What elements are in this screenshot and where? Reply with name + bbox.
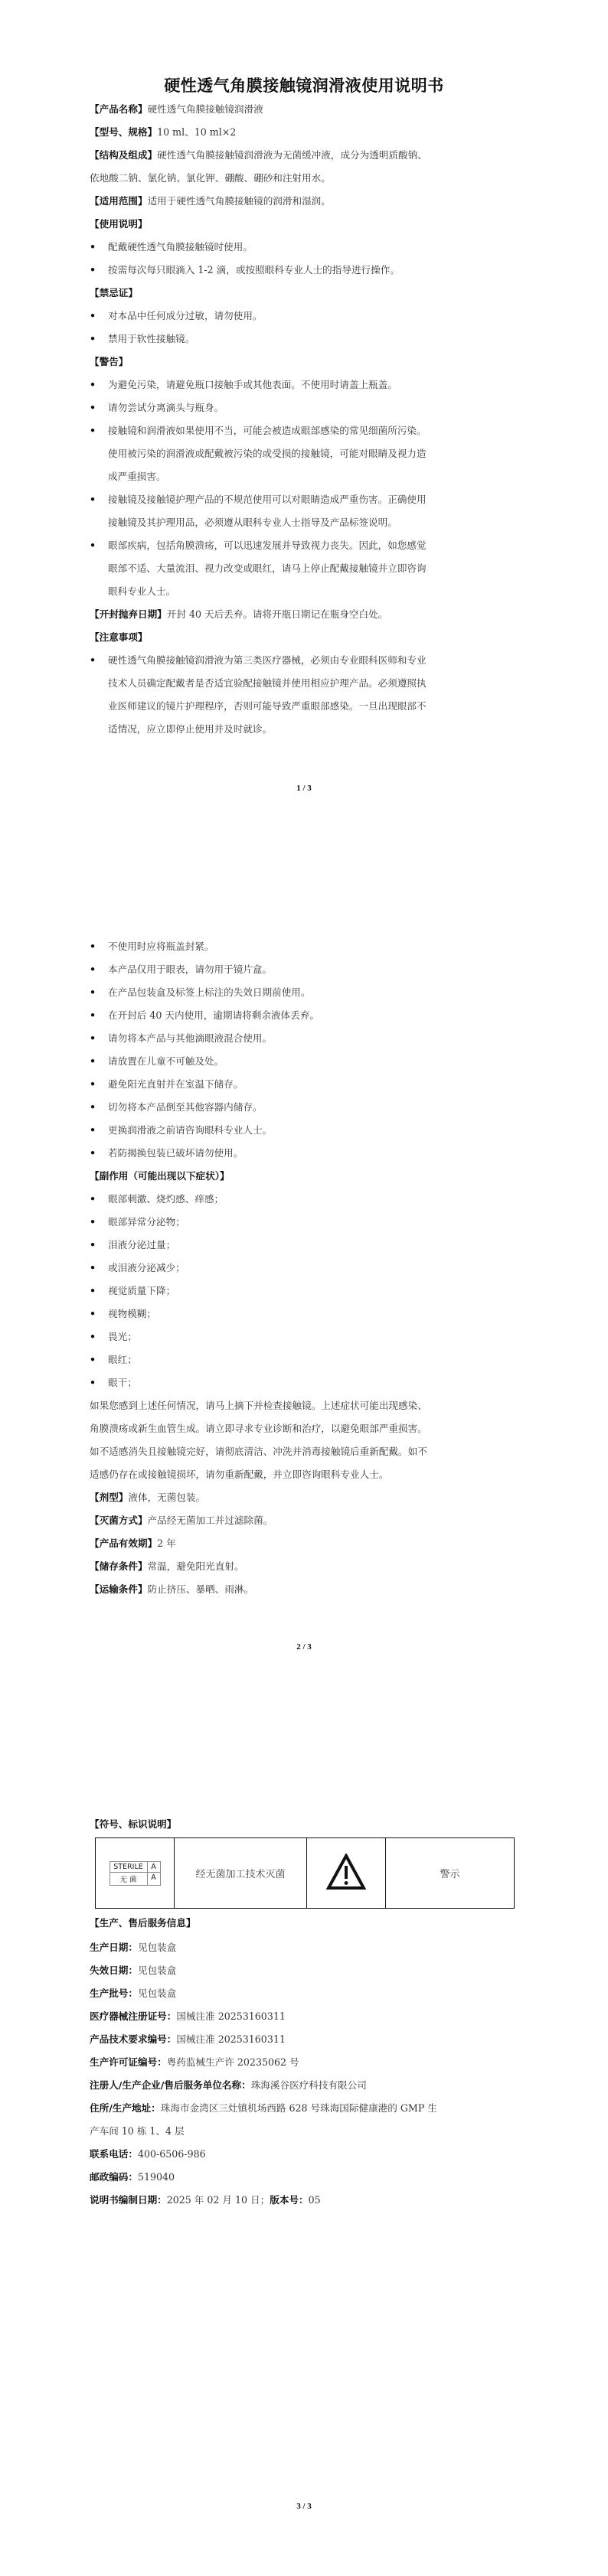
list-item: •泪液分泌过量； [90,1234,538,1257]
bullet-icon: • [90,1004,100,1027]
list-item-continuation: 眼部不适、大量流泪、视力改变或眼红，请马上停止配戴接触镜并立即咨询 [90,557,538,580]
registration-number-row: 医疗器械注册证号：国械注准 20253160311 [90,2005,538,2028]
list-item: •配戴硬性透气角膜接触镜时使用。 [90,236,538,259]
sterile-symbol-cell: STERILEA 无 菌A [96,1838,175,1909]
list-item: •不使用时应将瓶盖封紧。 [90,935,538,958]
list-item-continuation: 业医师建议的镜片护理程序，否则可能导致严重眼部感染。一旦出现眼部不 [90,695,538,718]
side-effects-note: 如果您感到上述任何情况，请马上摘下并检查接触镜。上述症状可能出现感染、 [90,1394,538,1417]
phone-row: 联系电话：400-6506-986 [90,2143,538,2166]
contraindications-heading: 【禁忌证】 [90,282,538,305]
postcode-row: 邮政编码：519040 [90,2166,538,2189]
dosage-form-label: 【剂型】 [90,1492,128,1503]
storage-value: 常温，避免阳光直射。 [148,1560,244,1572]
symbols-heading-wrap: 【符号、标识说明】 [90,1813,538,1836]
bullet-icon: • [90,958,100,981]
list-item: •在产品包装盒及标签上标注的失效日期前使用。 [90,981,538,1004]
list-item: •眼部刺激、烧灼感、痒感； [90,1188,538,1211]
sterile-description: 经无菌加工技术灭菌 [175,1838,307,1909]
list-item: •若防揭换包装已破坏请勿使用。 [90,1142,538,1165]
sterilization-value: 产品经无菌加工并过滤除菌。 [148,1515,273,1526]
address-row: 住所/生产地址：珠海市金湾区三灶镇机场西路 628 号珠海国际健康港的 GMP … [90,2097,538,2120]
bullet-icon: • [90,396,100,419]
address-continuation: 产车间 10 栋 1、4 层 [90,2120,538,2143]
side-effects-note: 如不适感消失且接触镜完好，请彻底清洁、冲洗并消毒接触镜后重新配戴。如不 [90,1440,538,1463]
symbols-table: STERILEA 无 菌A 经无菌加工技术灭菌 警示 [95,1837,515,1909]
list-item-continuation: 成严重损害。 [90,465,538,488]
product-name-label: 【产品名称】 [90,103,148,115]
discard-value: 开封 40 天后丢弃。请将开瓶日期记在瓶身空白处。 [167,608,388,620]
usage-heading: 【使用说明】 [90,213,538,236]
list-item: •眼干； [90,1371,538,1394]
production-license-row: 生产许可证编号：粤药监械生产许 20235062 号 [90,2051,538,2074]
storage-label: 【储存条件】 [90,1560,148,1572]
bullet-icon: • [90,305,100,328]
scope-label: 【适用范围】 [90,195,148,207]
product-name-row: 【产品名称】硬性透气角膜接触镜润滑液 [90,98,538,121]
bullet-icon: • [90,259,100,282]
list-item: •眼部异常分泌物； [90,1211,538,1234]
list-item: •眼部疾病，包括角膜溃疡，可以迅速发展并导致视力丧失。因此，如您感觉 [90,534,538,557]
sterile-a-icon: STERILEA 无 菌A [110,1861,161,1886]
bullet-icon: • [90,1371,100,1394]
bullet-icon: • [90,488,100,511]
bullet-icon: • [90,1303,100,1325]
list-item: •为避免污染，请避免瓶口接触手或其他表面。不使用时请盖上瓶盖。 [90,373,538,396]
list-item-continuation: 使用被污染的润滑液或配戴被污染的或受损的接触镜，可能对眼睛及视力造 [90,442,538,465]
transport-row: 【运输条件】防止挤压、暴晒、雨淋。 [90,1578,538,1601]
bullet-icon: • [90,935,100,958]
list-item: •切勿将本产品倒至其他容器内储存。 [90,1096,538,1119]
shelf-life-value: 2 年 [157,1537,176,1549]
model-spec-label: 【型号、规格】 [90,126,157,138]
bullet-icon: • [90,1188,100,1211]
page-number-3: 3 / 3 [0,2502,608,2511]
symbols-heading: 【符号、标识说明】 [90,1813,538,1836]
list-item: •本产品仅用于眼表，请勿用于镜片盒。 [90,958,538,981]
page-number-1: 1 / 3 [0,784,608,793]
edit-date-row: 说明书编制日期：2025 年 02 月 10 日；版本号：05 [90,2189,538,2212]
list-item: •避免阳光直射并在室温下储存。 [90,1073,538,1096]
list-item-continuation: 适情况，应立即停止使用并及时就诊。 [90,718,538,741]
bullet-icon: • [90,1027,100,1050]
transport-label: 【运输条件】 [90,1583,148,1595]
bullet-icon: • [90,1280,100,1303]
list-item: •按需每次每只眼滴入 1-2 滴，或按照眼科专业人士的指导进行操作。 [90,259,538,282]
structure-label: 【结构及组成】 [90,149,157,161]
warning-description: 警示 [386,1838,515,1909]
list-item: •接触镜及接触镜护理产品的不规范使用可以对眼睛造成严重伤害。正确使用 [90,488,538,511]
list-item: •请勿尝试分离滴头与瓶身。 [90,396,538,419]
service-info-rows: 生产日期：见包装盒 失效日期：见包装盒 生产批号：见包装盒 医疗器械注册证号：国… [90,1936,538,2212]
warning-symbol-cell [307,1838,386,1909]
model-spec-value: 10 ml、10 ml×2 [157,126,236,138]
bullet-icon: • [90,1348,100,1371]
service-info: 【生产、售后服务信息】 [90,1912,538,1935]
production-date-row: 生产日期：见包装盒 [90,1936,538,1959]
storage-row: 【储存条件】常温，避免阳光直射。 [90,1555,538,1578]
list-item-continuation: 眼科专业人士。 [90,580,538,603]
tech-requirement-row: 产品技术要求编号：国械注准 20253160311 [90,2028,538,2051]
structure-value-line2: 依地酸二钠、氯化钠、氯化钾、硼酸、硼砂和注射用水。 [90,167,538,190]
bullet-icon: • [90,1257,100,1280]
structure-row: 【结构及组成】硬性透气角膜接触镜润滑液为无菌缓冲液，成分为透明质酸钠、 [90,144,538,167]
list-item: •禁用于软性接触镜。 [90,328,538,351]
sterilization-row: 【灭菌方式】产品经无菌加工并过滤除菌。 [90,1509,538,1532]
document-title: 硬性透气角膜接触镜润滑液使用说明书 [0,73,608,96]
list-item-continuation: 接触镜及其护理用品，必须遵从眼科专业人士指导及产品标签说明。 [90,511,538,534]
bullet-icon: • [90,328,100,351]
discard-row: 【开封抛弃日期】开封 40 天后丢弃。请将开瓶日期记在瓶身空白处。 [90,603,538,626]
list-item: •更换润滑液之前请咨询眼科专业人士。 [90,1119,538,1142]
bullet-icon: • [90,1050,100,1073]
bullet-icon: • [90,236,100,259]
list-item: •请勿将本产品与其他滴眼液混合使用。 [90,1027,538,1050]
bullet-icon: • [90,981,100,1004]
list-item: •请放置在儿童不可触及处。 [90,1050,538,1073]
company-name-row: 注册人/生产企业/售后服务单位名称：珠海溪谷医疗科技有限公司 [90,2074,538,2097]
list-item: •畏光； [90,1325,538,1348]
model-spec-row: 【型号、规格】10 ml、10 ml×2 [90,121,538,144]
list-item: •或泪液分泌减少； [90,1257,538,1280]
bullet-icon: • [90,1119,100,1142]
structure-value-line1: 硬性透气角膜接触镜润滑液为无菌缓冲液，成分为透明质酸钠、 [157,149,427,161]
bullet-icon: • [90,534,100,557]
list-item: •眼红； [90,1348,538,1371]
page-2-content: •不使用时应将瓶盖封紧。 •本产品仅用于眼表，请勿用于镜片盒。 •在产品包装盒及… [90,935,538,1601]
dosage-form-row: 【剂型】液体，无菌包装。 [90,1486,538,1509]
list-item: •对本品中任何成分过敏，请勿使用。 [90,305,538,328]
scope-row: 【适用范围】适用于硬性透气角膜接触镜的润滑和湿润。 [90,190,538,213]
bullet-icon: • [90,1325,100,1348]
transport-value: 防止挤压、暴晒、雨淋。 [148,1583,254,1595]
precautions-heading: 【注意事项】 [90,626,538,649]
product-name-value: 硬性透气角膜接触镜润滑液 [148,103,263,115]
page-1-content: 【产品名称】硬性透气角膜接触镜润滑液 【型号、规格】10 ml、10 ml×2 … [90,98,538,741]
sterilization-label: 【灭菌方式】 [90,1515,148,1526]
expiry-date-row: 失效日期：见包装盒 [90,1959,538,1982]
side-effects-note: 角膜溃疡或新生血管生成。请立即寻求专业诊断和治疗，以避免眼部严重损害。 [90,1417,538,1440]
dosage-form-value: 液体，无菌包装。 [128,1492,205,1503]
batch-number-row: 生产批号：见包装盒 [90,1982,538,2005]
warnings-heading: 【警告】 [90,351,538,373]
bullet-icon: • [90,373,100,396]
list-item: •视觉质量下降； [90,1280,538,1303]
discard-label: 【开封抛弃日期】 [90,608,167,620]
list-item-continuation: 技术人员确定配戴者是否适宜验配接触镜并使用相应护理产品。必须遵照执 [90,672,538,695]
bullet-icon: • [90,419,100,442]
list-item: •硬性透气角膜接触镜润滑液为第三类医疗器械，必须由专业眼科医师和专业 [90,649,538,672]
bullet-icon: • [90,649,100,672]
page-number-2: 2 / 3 [0,1642,608,1652]
service-info-heading: 【生产、售后服务信息】 [90,1912,538,1935]
shelf-life-label: 【产品有效期】 [90,1537,157,1549]
shelf-life-row: 【产品有效期】2 年 [90,1532,538,1555]
bullet-icon: • [90,1096,100,1119]
side-effects-note: 适感仍存在或接触镜损坏，请勿重新配戴，并立即咨询眼科专业人士。 [90,1463,538,1486]
bullet-icon: • [90,1211,100,1234]
list-item: •在开封后 40 天内使用，逾期请将剩余液体丢弃。 [90,1004,538,1027]
list-item: •视物模糊； [90,1303,538,1325]
side-effects-heading: 【副作用（可能出现以下症状）】 [90,1165,538,1188]
warning-triangle-icon [326,1854,366,1890]
bullet-icon: • [90,1073,100,1096]
bullet-icon: • [90,1142,100,1165]
bullet-icon: • [90,1234,100,1257]
scope-value: 适用于硬性透气角膜接触镜的润滑和湿润。 [148,195,331,207]
list-item: •接触镜和润滑液如果使用不当，可能会被造成眼部感染的常见细菌所污染。 [90,419,538,442]
